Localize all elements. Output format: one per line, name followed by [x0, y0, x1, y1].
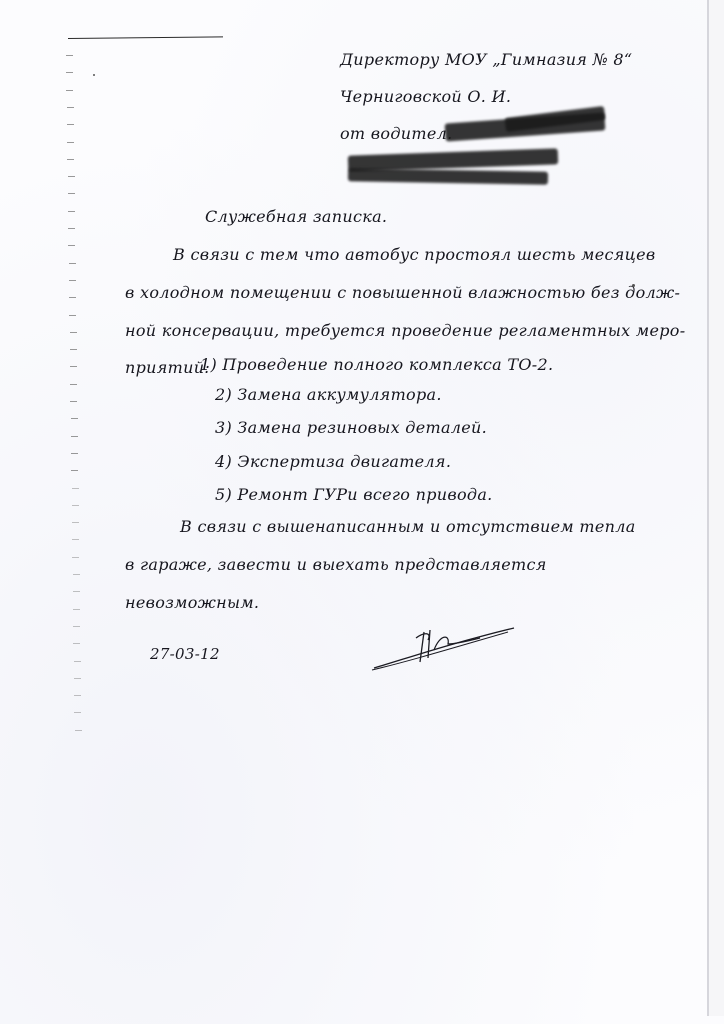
signature — [368, 622, 518, 674]
binding-mark — [74, 712, 81, 713]
body-line-1: В связи с тем что автобус простоял шесть… — [173, 245, 655, 264]
list-item-3: 3) Замена резиновых деталей. — [215, 418, 487, 437]
page-edge — [707, 0, 709, 1016]
list-item-5: 5) Ремонт ГУРи всего привода. — [215, 485, 493, 504]
binding-mark — [72, 522, 79, 523]
binding-mark — [73, 609, 80, 610]
binding-mark — [73, 626, 80, 627]
binding-mark — [68, 228, 75, 229]
binding-mark — [71, 470, 78, 471]
binding-mark — [75, 730, 82, 731]
binding-mark — [66, 55, 73, 56]
scanned-page: Директору МОУ „Гимназия № 8“ Черниговско… — [0, 0, 724, 1024]
body-line-2: в холодном помещении с повышенной влажно… — [125, 283, 680, 302]
memo-title: Служебная записка. — [205, 207, 387, 226]
body-line-3: ной консервации, требуется проведение ре… — [125, 321, 685, 340]
binding-mark — [68, 211, 75, 212]
binding-mark — [72, 557, 79, 558]
binding-mark — [70, 332, 77, 333]
list-item-4: 4) Экспертиза двигателя. — [215, 452, 451, 471]
binding-mark — [73, 591, 80, 592]
list-item-1: 1) Проведение полного комплекса ТО-2. — [200, 355, 553, 374]
scan-margin — [709, 0, 724, 1016]
binding-mark — [74, 678, 81, 679]
scan-speck — [93, 74, 95, 76]
addressee-line-2: Черниговской О. И. — [340, 87, 511, 106]
memo-date: 27-03-12 — [150, 645, 220, 663]
binding-mark — [71, 436, 78, 437]
binding-mark — [68, 245, 75, 246]
binding-mark — [72, 539, 79, 540]
scan-speck — [632, 284, 635, 287]
binding-mark — [69, 280, 76, 281]
binding-mark — [72, 488, 79, 489]
binding-mark — [68, 176, 75, 177]
binding-mark — [73, 643, 80, 644]
binding-holes — [60, 55, 90, 755]
list-item-2: 2) Замена аккумулятора. — [215, 385, 442, 404]
redacted-name-line-3 — [348, 168, 548, 184]
binding-mark — [74, 661, 81, 662]
binding-mark — [70, 366, 77, 367]
binding-mark — [66, 90, 73, 91]
binding-mark — [67, 142, 74, 143]
binding-mark — [67, 124, 74, 125]
closing-line-2: в гараже, завести и выехать представляет… — [125, 555, 547, 574]
list-lead: приятий: — [125, 358, 210, 377]
binding-mark — [70, 349, 77, 350]
binding-mark — [67, 159, 74, 160]
closing-line-3: невозможным. — [125, 593, 259, 612]
binding-mark — [69, 263, 76, 264]
binding-mark — [70, 401, 77, 402]
tear-line — [68, 36, 223, 39]
binding-mark — [74, 695, 81, 696]
binding-mark — [67, 107, 74, 108]
binding-mark — [66, 72, 73, 73]
from-label: от водител. — [340, 124, 453, 143]
binding-mark — [68, 193, 75, 194]
binding-mark — [69, 297, 76, 298]
binding-mark — [70, 384, 77, 385]
binding-mark — [73, 574, 80, 575]
binding-mark — [71, 418, 78, 419]
addressee-line-1: Директору МОУ „Гимназия № 8“ — [340, 50, 632, 69]
binding-mark — [72, 505, 79, 506]
closing-line-1: В связи с вышенаписанным и отсутствием т… — [180, 517, 636, 536]
binding-mark — [69, 315, 76, 316]
binding-mark — [71, 453, 78, 454]
